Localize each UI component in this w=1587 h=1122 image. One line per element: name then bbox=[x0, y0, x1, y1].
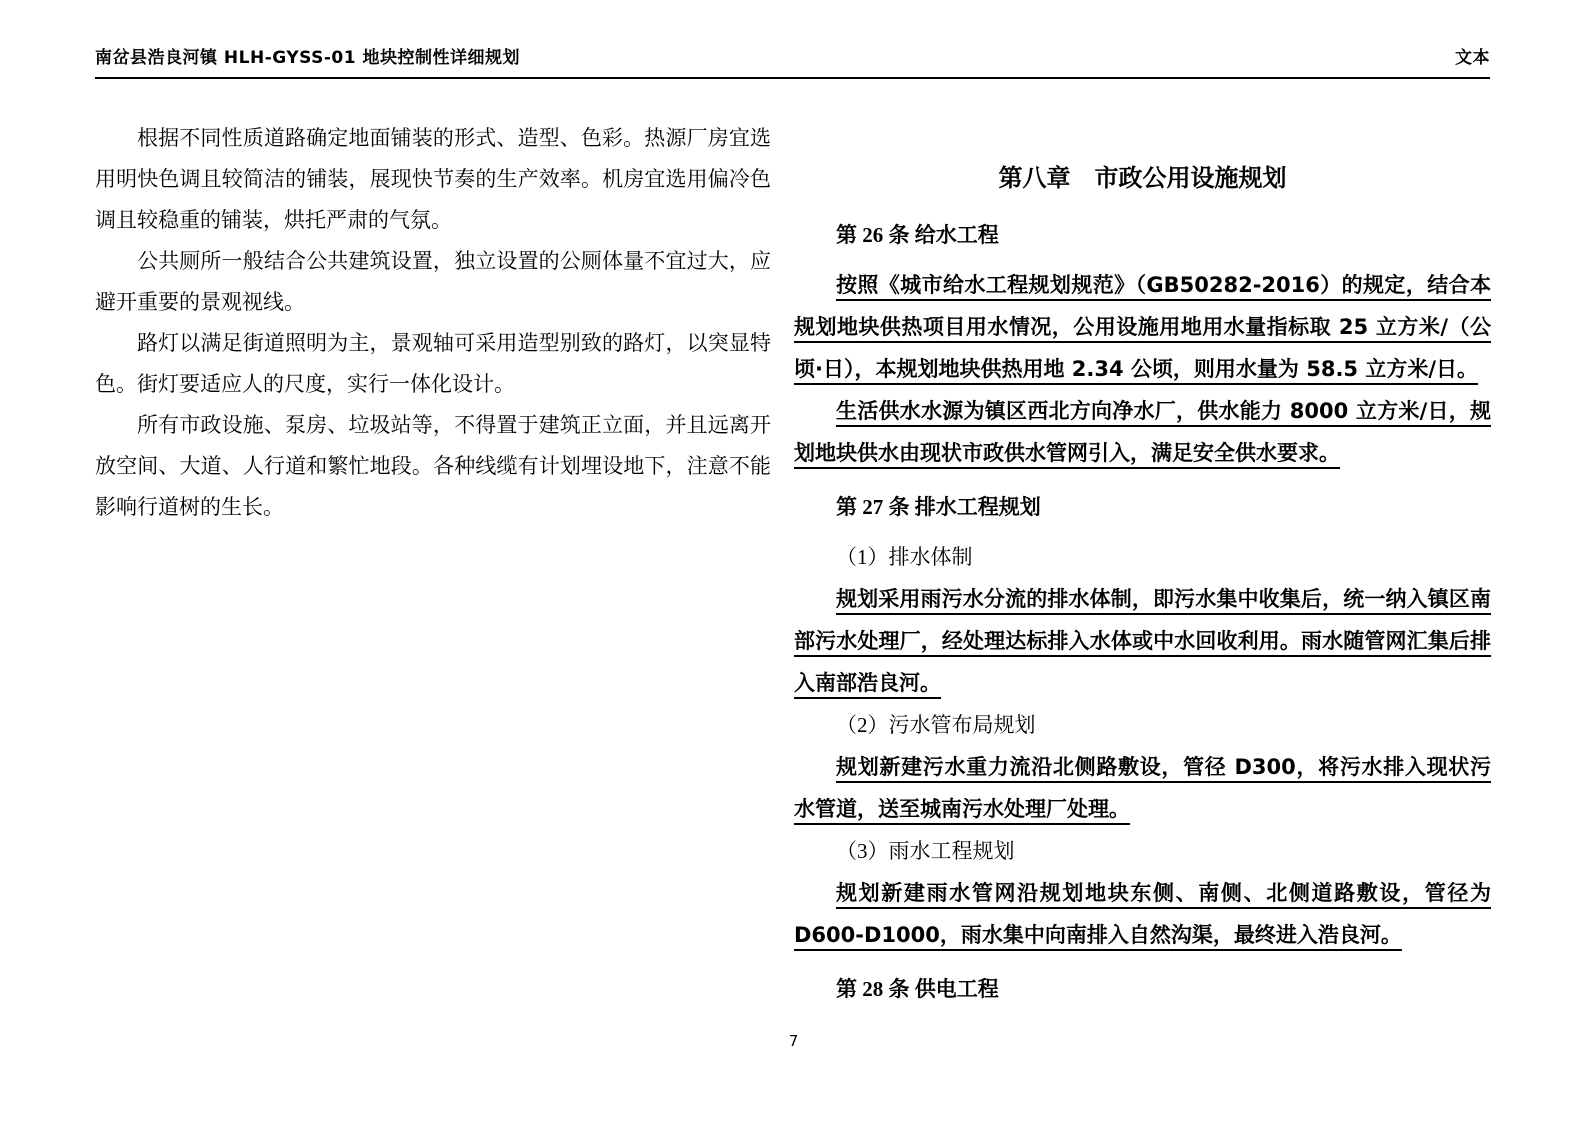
article-27-item-1-text: 规划采用雨污水分流的排水体制，即污水集中收集后，统一纳入镇区南部污水处理厂，经处… bbox=[794, 578, 1491, 704]
document-page: 南岔县浩良河镇 HLH-GYSS-01 地块控制性详细规划 文本 根据不同性质道… bbox=[0, 0, 1587, 1122]
left-paragraph-1: 根据不同性质道路确定地面铺装的形式、造型、色彩。热源厂房宜选用明快色调且较简洁的… bbox=[95, 118, 771, 241]
article-27-item-2-text: 规划新建污水重力流沿北侧路敷设，管径 D300，将污水排入现状污水管道，送至城南… bbox=[794, 746, 1491, 830]
header-left-title: 南岔县浩良河镇 HLH-GYSS-01 地块控制性详细规划 bbox=[95, 48, 520, 69]
article-26-paragraph-2: 生活供水水源为镇区西北方向净水厂，供水能力 8000 立方米/日，规划地块供水由… bbox=[794, 390, 1491, 474]
page-footer: 7 bbox=[0, 1032, 1587, 1050]
header-right-label: 文本 bbox=[1455, 48, 1490, 69]
article-27-item-1-label: （1）排水体制 bbox=[794, 536, 1491, 578]
article-26-paragraph-1: 按照《城市给水工程规划规范》（GB50282-2016）的规定，结合本规划地块供… bbox=[794, 264, 1491, 390]
left-paragraph-4: 所有市政设施、泵房、垃圾站等，不得置于建筑正立面，并且远离开放空间、大道、人行道… bbox=[95, 405, 771, 528]
page-header: 南岔县浩良河镇 HLH-GYSS-01 地块控制性详细规划 文本 bbox=[95, 48, 1490, 79]
page-number: 7 bbox=[789, 1032, 799, 1050]
section-heading-article-28: 第 28 条 供电工程 bbox=[794, 968, 1491, 1010]
left-paragraph-3: 路灯以满足街道照明为主，景观轴可采用造型别致的路灯，以突显特色。街灯要适应人的尺… bbox=[95, 323, 771, 405]
left-paragraph-2: 公共厕所一般结合公共建筑设置，独立设置的公厕体量不宜过大，应避开重要的景观视线。 bbox=[95, 241, 771, 323]
section-heading-article-27: 第 27 条 排水工程规划 bbox=[794, 486, 1491, 528]
left-column: 根据不同性质道路确定地面铺装的形式、造型、色彩。热源厂房宜选用明快色调且较简洁的… bbox=[95, 118, 771, 528]
section-heading-article-26: 第 26 条 给水工程 bbox=[794, 214, 1491, 256]
article-27-item-2-label: （2）污水管布局规划 bbox=[794, 704, 1491, 746]
chapter-heading: 第八章 市政公用设施规划 bbox=[794, 158, 1491, 200]
article-27-item-3-label: （3）雨水工程规划 bbox=[794, 830, 1491, 872]
right-column: 第八章 市政公用设施规划 第 26 条 给水工程 按照《城市给水工程规划规范》（… bbox=[794, 158, 1491, 1018]
article-27-item-3-text: 规划新建雨水管网沿规划地块东侧、南侧、北侧道路敷设，管径为 D600-D1000… bbox=[794, 872, 1491, 956]
